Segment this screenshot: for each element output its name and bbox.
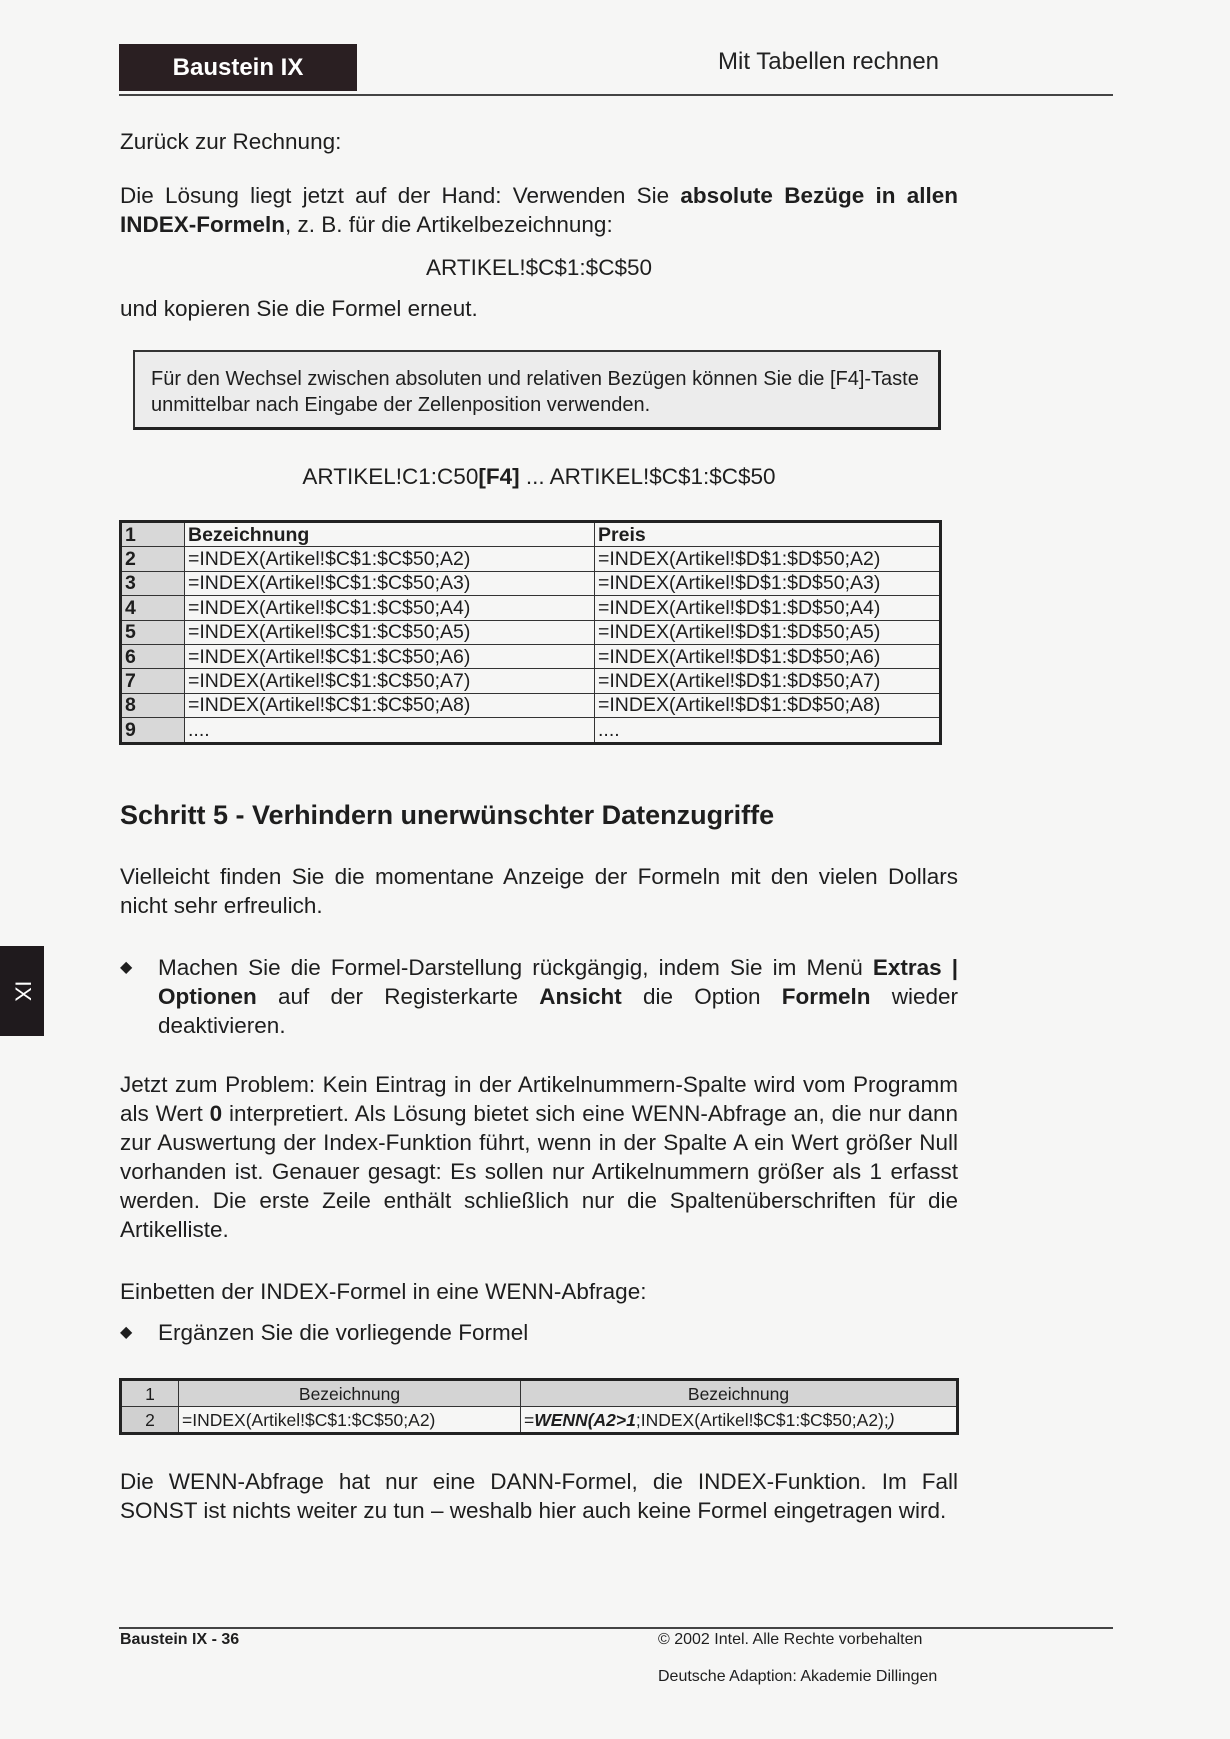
row-number: 2 — [121, 1407, 179, 1434]
section-heading: Schritt 5 - Verhindern unerwünschter Dat… — [120, 800, 774, 831]
table-row: 5=INDEX(Artikel!$C$1:$C$50;A5)=INDEX(Art… — [121, 620, 941, 644]
intro-paragraph: Vielleicht finden Sie die momentane Anze… — [120, 862, 958, 920]
column-header: Bezeichnung — [185, 522, 595, 547]
column-header: Bezeichnung — [179, 1380, 521, 1407]
table-cell: .... — [595, 718, 941, 743]
table-cell: =INDEX(Artikel!$C$1:$C$50;A2) — [185, 547, 595, 571]
table-cell: .... — [185, 718, 595, 743]
copy-again-text: und kopieren Sie die Formel erneut. — [120, 294, 958, 323]
header-divider — [119, 94, 1113, 96]
table-cell: =INDEX(Artikel!$D$1:$D$50;A4) — [595, 596, 941, 620]
back-to-calculation: Zurück zur Rechnung: — [120, 127, 958, 156]
row-number: 2 — [121, 547, 185, 571]
f4-example-line: ARTIKEL!C1:C50[F4] ... ARTIKEL!$C$1:$C$5… — [120, 462, 958, 491]
tip-text: Für den Wechsel zwischen absoluten und r… — [151, 368, 919, 416]
chapter-title: Mit Tabellen rechnen — [718, 48, 939, 76]
solution-paragraph: Die Lösung liegt jetzt auf der Hand: Ver… — [120, 181, 958, 239]
bullet-disable-formulas: ◆ Machen Sie die Formel-Darstellung rück… — [120, 953, 958, 1040]
table-cell: =INDEX(Artikel!$D$1:$D$50;A7) — [595, 669, 941, 693]
table-cell: =INDEX(Artikel!$C$1:$C$50;A5) — [185, 620, 595, 644]
table-header-row: 1 Bezeichnung Bezeichnung — [121, 1380, 958, 1407]
module-badge: Baustein IX — [119, 44, 357, 91]
row-number: 7 — [121, 669, 185, 693]
adaptation-credit: Deutsche Adaption: Akademie Dillingen — [658, 1668, 937, 1686]
table-cell: =INDEX(Artikel!$D$1:$D$50;A5) — [595, 620, 941, 644]
row-number: 9 — [121, 718, 185, 743]
table-row: 6=INDEX(Artikel!$C$1:$C$50;A6)=INDEX(Art… — [121, 644, 941, 668]
bullet-text: Ergänzen Sie die vorliegende Formel — [158, 1318, 958, 1347]
table-cell: =INDEX(Artikel!$C$1:$C$50;A8) — [185, 693, 595, 717]
table-row: 3=INDEX(Artikel!$C$1:$C$50;A3)=INDEX(Art… — [121, 571, 941, 595]
formula-table: 1BezeichnungPreis2=INDEX(Artikel!$C$1:$C… — [119, 520, 942, 745]
row-number: 1 — [121, 1380, 179, 1407]
f4-key: [F4] — [478, 464, 519, 489]
footer-divider — [119, 1627, 1113, 1629]
table-row: 2=INDEX(Artikel!$C$1:$C$50;A2)=INDEX(Art… — [121, 547, 941, 571]
formula-example: ARTIKEL!$C$1:$C$50 — [120, 253, 958, 282]
table-cell: =INDEX(Artikel!$C$1:$C$50;A3) — [185, 571, 595, 595]
row-number: 6 — [121, 644, 185, 668]
table-row: 4=INDEX(Artikel!$C$1:$C$50;A4)=INDEX(Art… — [121, 596, 941, 620]
table-row: 9........ — [121, 718, 941, 743]
chapter-side-tab: IX — [0, 946, 44, 1036]
copyright: © 2002 Intel. Alle Rechte vorbehalten — [658, 1631, 922, 1649]
table-row: 7=INDEX(Artikel!$C$1:$C$50;A7)=INDEX(Art… — [121, 669, 941, 693]
wenn-table: 1 Bezeichnung Bezeichnung 2 =INDEX(Artik… — [119, 1378, 959, 1435]
f4-after: ... ARTIKEL!$C$1:$C$50 — [520, 464, 776, 489]
table-cell: =INDEX(Artikel!$D$1:$D$50;A2) — [595, 547, 941, 571]
tip-box: Für den Wechsel zwischen absoluten und r… — [133, 350, 941, 430]
table-row: 8=INDEX(Artikel!$C$1:$C$50;A8)=INDEX(Art… — [121, 693, 941, 717]
row-number: 4 — [121, 596, 185, 620]
side-tab-label: IX — [9, 981, 35, 1002]
page-number: Baustein IX - 36 — [120, 1631, 239, 1649]
column-header: Bezeichnung — [521, 1380, 958, 1407]
table-cell: =WENN(A2>1;INDEX(Artikel!$C$1:$C$50;A2);… — [521, 1407, 958, 1434]
bullet-complete-formula: ◆ Ergänzen Sie die vorliegende Formel — [120, 1318, 958, 1347]
row-number: 3 — [121, 571, 185, 595]
table-cell: =INDEX(Artikel!$C$1:$C$50;A2) — [179, 1407, 521, 1434]
f4-before: ARTIKEL!C1:C50 — [302, 464, 478, 489]
table-cell: =INDEX(Artikel!$D$1:$D$50;A6) — [595, 644, 941, 668]
row-number: 8 — [121, 693, 185, 717]
table-cell: =INDEX(Artikel!$C$1:$C$50;A4) — [185, 596, 595, 620]
table-cell: =INDEX(Artikel!$D$1:$D$50;A3) — [595, 571, 941, 595]
column-header: Preis — [595, 522, 941, 547]
row-number: 5 — [121, 620, 185, 644]
table-row: 2 =INDEX(Artikel!$C$1:$C$50;A2) =WENN(A2… — [121, 1407, 958, 1434]
table-header-row: 1BezeichnungPreis — [121, 522, 941, 547]
diamond-bullet-icon: ◆ — [120, 953, 158, 982]
problem-paragraph: Jetzt zum Problem: Kein Eintrag in der A… — [120, 1070, 958, 1244]
solution-text-post: , z. B. für die Artikelbezeichnung: — [285, 212, 613, 237]
row-number: 1 — [121, 522, 185, 547]
table-cell: =INDEX(Artikel!$C$1:$C$50;A6) — [185, 644, 595, 668]
diamond-bullet-icon: ◆ — [120, 1318, 158, 1347]
embed-heading: Einbetten der INDEX-Formel in eine WENN-… — [120, 1277, 958, 1306]
closing-paragraph: Die WENN-Abfrage hat nur eine DANN-Forme… — [120, 1467, 958, 1525]
table-cell: =INDEX(Artikel!$D$1:$D$50;A8) — [595, 693, 941, 717]
bullet-text: Machen Sie die Formel-Darstellung rückgä… — [158, 953, 958, 1040]
table-cell: =INDEX(Artikel!$C$1:$C$50;A7) — [185, 669, 595, 693]
solution-text-pre: Die Lösung liegt jetzt auf der Hand: Ver… — [120, 183, 680, 208]
